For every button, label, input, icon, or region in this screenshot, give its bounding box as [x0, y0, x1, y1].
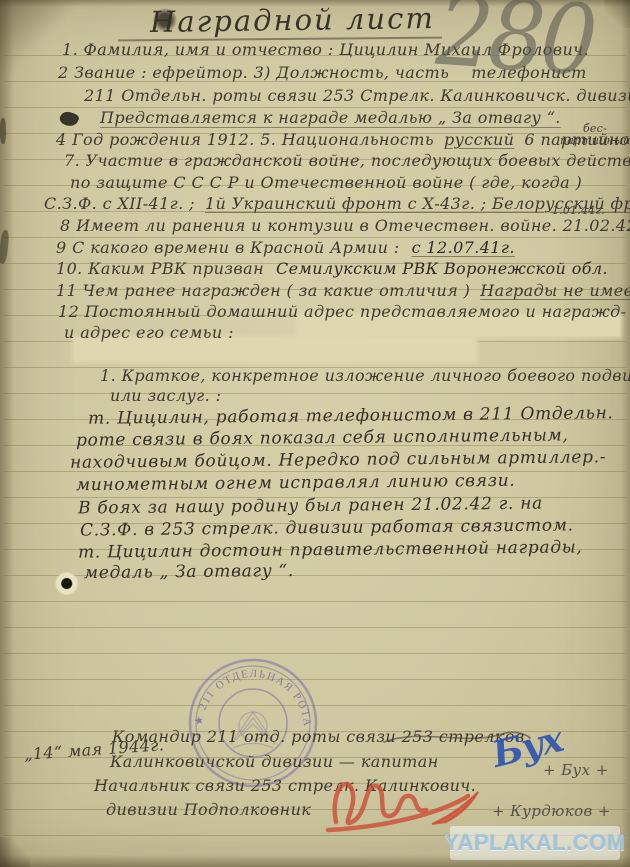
service-since-value: с 12.07.41г. — [412, 238, 515, 257]
form-line-award-proposal: Представляется к награде медалью „ За от… — [100, 108, 561, 127]
party-status-bottom: партийный — [560, 134, 630, 147]
pencil-page-number: 280 — [433, 0, 596, 97]
form-line-home-address: 12 Постоянный домашний адрес представляе… — [58, 302, 626, 321]
edge-stain — [0, 230, 10, 265]
feat-line: роте связи в боях показал себя исполните… — [76, 425, 569, 450]
chief-signature-note: + Курдюков + — [492, 802, 611, 820]
previous-awards-value: Награды не имеет. — [480, 281, 630, 300]
feat-line: т. Цицилин достоин правительственной наг… — [78, 537, 583, 562]
feat-line: В боях за нашу родину был ранен 21.02.42… — [78, 494, 543, 519]
corner-shadow — [604, 0, 630, 28]
watermark-text: YAPLAKAL.COM — [444, 830, 625, 856]
form-line-service-since: 9 С какого времени в Красной Армии :с 12… — [56, 238, 515, 257]
feat-line: минометным огнем исправлял линию связи. — [76, 471, 516, 496]
document-title: Наградной лист — [150, 1, 435, 39]
form-line-participation: 7. Участие в гражданской войне, последую… — [64, 151, 630, 170]
form-line-birth-nationality: 4 Год рождения 1912. 5. Национальностьру… — [56, 130, 630, 149]
feat-heading-1: 1. Краткое, конкретное изложение личного… — [100, 366, 630, 385]
form-line-family-address: и адрес его семьи : — [64, 323, 234, 342]
feat-line: находчивым бойцом. Нередко под сильным а… — [70, 447, 606, 473]
feat-line: медаль „ За отвагу “. — [84, 561, 294, 583]
ink-blot — [58, 109, 80, 129]
award-sheet-scan: Наградной лист 280 1. Фамилия, имя и отч… — [0, 0, 630, 867]
edge-stain — [0, 118, 6, 144]
form-line-fronts: С.З.Ф. с ХII-41г. ;1й Украинский фронт с… — [44, 194, 630, 213]
feat-heading-2: или заслуг. : — [110, 386, 221, 405]
drafted-by-value: Семилукским РВК Воронежской обл. — [276, 259, 608, 278]
chief-title-line2: дивизии Подполковник — [106, 800, 311, 819]
form-line-defense: по защите С С С Р и Отечественной войне … — [70, 173, 582, 192]
corner-shadow — [0, 837, 30, 867]
commander-signature-note: + Бух + — [543, 761, 609, 779]
form-line-wounds: 8 Имеет ли ранения и контузии в Отечеств… — [60, 216, 630, 235]
nationality-value: русский — [444, 130, 514, 149]
form-line-previous-awards: 11 Чем ранее награжден ( за какие отличи… — [56, 281, 630, 300]
paper-hole — [55, 572, 81, 596]
form-line-drafted-by: 10. Каким РВК призванСемилукским РВК Вор… — [56, 259, 608, 278]
watermark-badge: YAPLAKAL.COM — [450, 826, 620, 860]
feat-line: С.З.Ф. в 253 стрелк. дивизии работая свя… — [80, 515, 574, 540]
